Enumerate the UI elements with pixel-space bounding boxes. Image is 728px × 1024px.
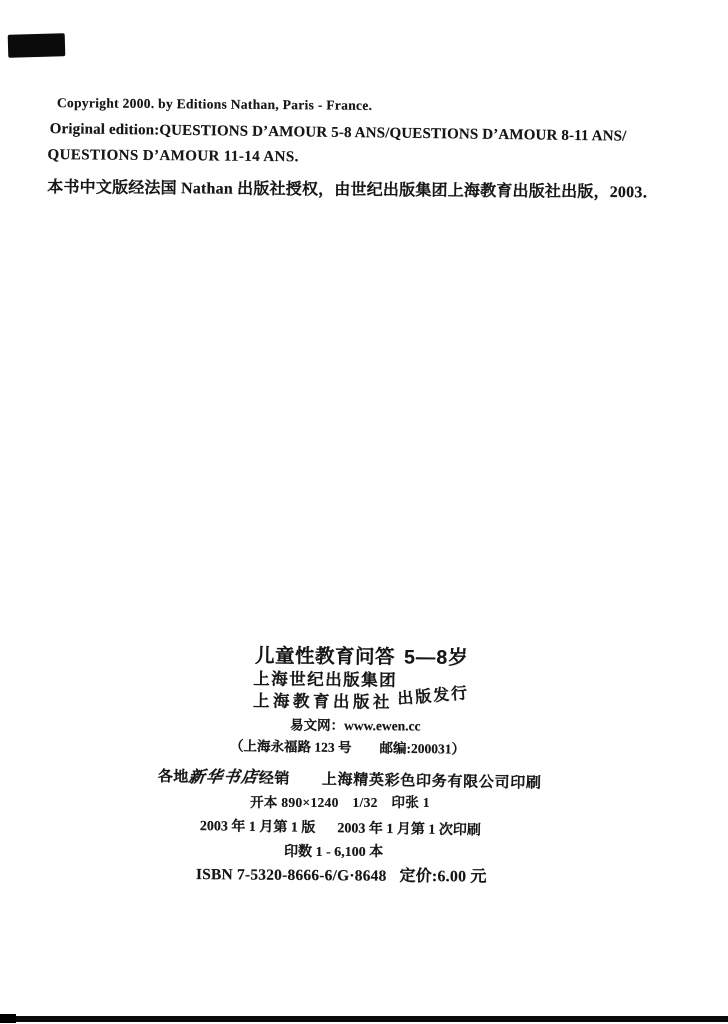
book-title-line: 儿童性教育问答5—8岁 <box>255 640 469 670</box>
publisher-group: 上海世纪出版集团 <box>253 668 397 692</box>
scan-mark-bottom-bar <box>0 1016 728 1022</box>
book-copyright-page: Copyright 2000. by Editions Nathan, Pari… <box>0 0 728 1024</box>
age-range: 5—8岁 <box>404 646 469 669</box>
address-line: （上海永福路 123 号邮编:200031） <box>230 734 465 757</box>
edition: 2003 年 1 月第 1 版 <box>200 819 316 836</box>
book-title: 儿童性教育问答 <box>255 645 395 668</box>
isbn-line: ISBN 7-5320-8666-6/G·8648定价:6.00 元 <box>196 861 487 887</box>
publisher: 上海教育出版社 <box>253 690 397 714</box>
scan-mark-bottom-left-nub <box>0 1014 16 1023</box>
distribution-line: 各地新华书店经销上海精英彩色印务有限公司印刷 <box>158 763 542 793</box>
impression: 2003 年 1 月第 1 次印刷 <box>337 821 481 838</box>
publish-distribute-label: 出版发行 <box>396 680 470 709</box>
xinhua-bookstore-script: 新华书店 <box>187 764 260 787</box>
distribution-prefix: 各地 <box>158 769 189 786</box>
colophon-block: 儿童性教育问答5—8岁 上海世纪出版集团 上海教育出版社 出版发行 易文网：ww… <box>0 0 728 1024</box>
price: 定价:6.00 元 <box>399 868 486 886</box>
postcode: 邮编:200031） <box>379 740 465 756</box>
street-address: （上海永福路 123 号 <box>230 738 352 755</box>
publisher-lines: 上海世纪出版集团 上海教育出版社 <box>253 668 397 714</box>
format-line: 开本 890×1240 1/32 印张 1 <box>250 791 430 811</box>
print-run-line: 印数 1 - 6,100 本 <box>284 841 383 861</box>
website-line: 易文网：www.ewen.cc <box>290 714 421 735</box>
edition-line: 2003 年 1 月第 1 版2003 年 1 月第 1 次印刷 <box>200 815 481 839</box>
distribution-suffix: 经销 <box>259 771 290 788</box>
printer-name: 上海精英彩色印务有限公司印刷 <box>322 772 542 792</box>
isbn: ISBN 7-5320-8666-6/G·8648 <box>196 866 387 885</box>
